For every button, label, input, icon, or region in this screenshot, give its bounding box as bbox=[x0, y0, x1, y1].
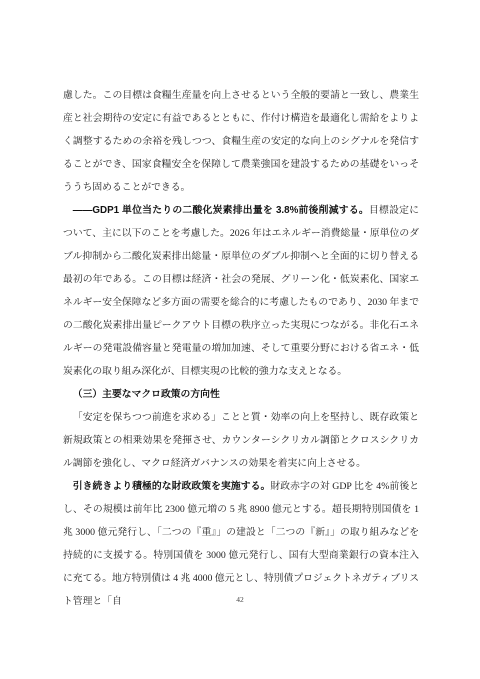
paragraph-text: 財政赤字の対 GDP 比を 4%前後とし、その規模は前年比 2300 億元増の … bbox=[63, 481, 419, 607]
page-number: 42 bbox=[0, 594, 480, 606]
paragraph-lead-bold: ——GDP1 単位当たりの二酸化炭素排出量を 3.8%前後削減する。 bbox=[73, 205, 369, 216]
paragraph-fiscal-policy: 引き続きより積極的な財政政策を実施する。財政赤字の対 GDP 比を 4%前後とし… bbox=[63, 475, 419, 613]
paragraph-co2-reduction-target: ——GDP1 単位当たりの二酸化炭素排出量を 3.8%前後削減する。目標設定につ… bbox=[63, 199, 419, 383]
paragraph-food-security-continuation: 慮した。この目標は食糧生産量を向上させるという全般的要請と一致し、農業生産と社会… bbox=[63, 84, 419, 199]
paragraph-macro-governance: 「安定を保ちつつ前進を求める」ことと質・効率の向上を堅持し、既存政策と新規政策と… bbox=[63, 406, 419, 475]
paragraph-text: 「安定を保ちつつ前進を求める」ことと質・効率の向上を堅持し、既存政策と新規政策と… bbox=[63, 412, 419, 469]
paragraph-lead-bold: 引き続きより積極的な財政政策を実施する。 bbox=[73, 481, 271, 492]
document-page: 慮した。この目標は食糧生産量を向上させるという全般的要請と一致し、農業生産と社会… bbox=[0, 0, 480, 679]
section-heading-text: （三）主要なマクロ政策の方向性 bbox=[73, 389, 220, 400]
paragraph-text: 慮した。この目標は食糧生産量を向上させるという全般的要請と一致し、農業生産と社会… bbox=[63, 90, 419, 193]
section-heading-macro-policy: （三）主要なマクロ政策の方向性 bbox=[63, 383, 419, 406]
page-body-text: 慮した。この目標は食糧生産量を向上させるという全般的要請と一致し、農業生産と社会… bbox=[63, 84, 419, 613]
paragraph-text: 目標設定について、主に以下のことを考慮した。2026 年はエネルギー消費総量・原… bbox=[63, 205, 419, 377]
